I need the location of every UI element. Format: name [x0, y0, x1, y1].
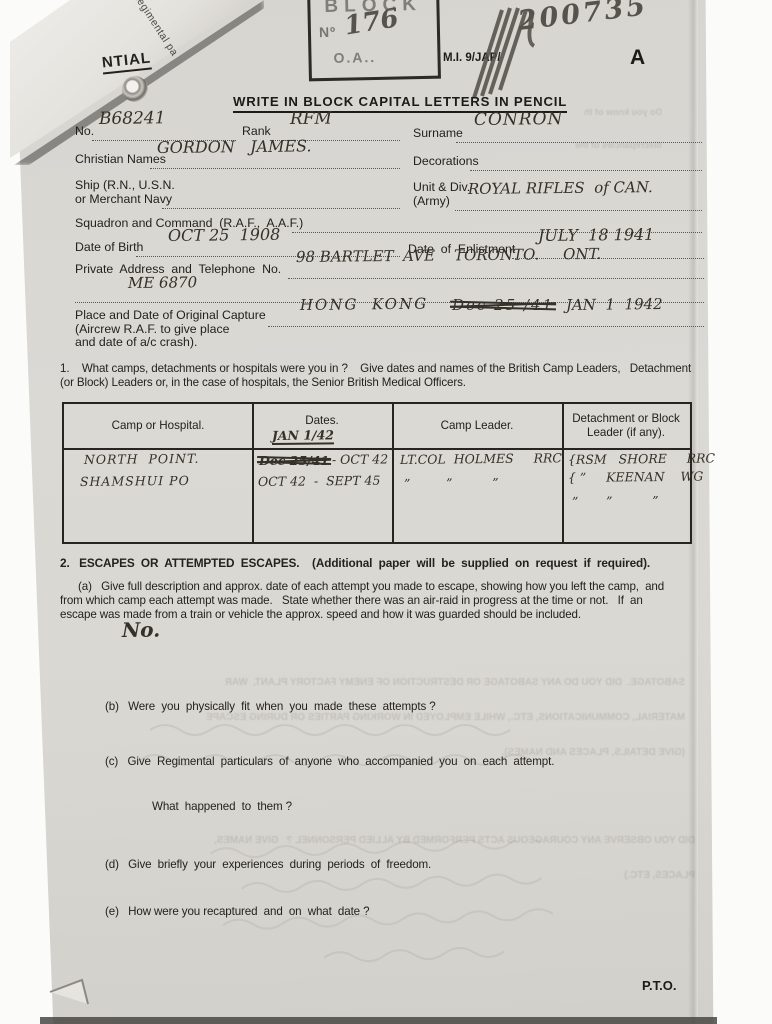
unit-line	[455, 196, 702, 211]
q2c-label: (c) Give Regimental particulars of anyon…	[105, 755, 554, 768]
camp-row-2: SHAMSHUI PO	[80, 473, 190, 489]
camps-table: Camp or Hospital. Dates. JAN 1/42 Camp L…	[62, 402, 692, 544]
capture-note-2: and date of a/c crash).	[75, 335, 197, 349]
unit-label-1: Unit & Div.	[413, 180, 470, 194]
surname-value: CONRON	[474, 109, 564, 130]
leader-row-1: LT.COL HOLMES RRC	[400, 450, 562, 467]
detachment-row-2: { ” KEENAN WG	[568, 469, 704, 485]
table-header-detachment-2: Leader (if any).	[562, 426, 690, 439]
table-header-detachment-1: Detachment or Block	[562, 412, 690, 425]
pto-footer: P.T.O.	[642, 978, 676, 993]
no-label: No.	[75, 124, 94, 138]
page-bottom-edge	[40, 1017, 717, 1024]
scanned-document: Regimental pa NTIAL BLOCK Nº 176 O.A.. M…	[0, 0, 772, 1024]
q1-line1: 1. What camps, detachments or hospitals …	[60, 362, 691, 375]
christian-names-label: Christian Names	[75, 152, 166, 166]
unit-value: ROYAL RIFLES of CAN.	[468, 178, 653, 198]
dob-label: Date of Birth	[75, 240, 143, 254]
ship-label-2: or Merchant Navy	[75, 192, 172, 206]
q2a-line2: from which camp each attempt was made. S…	[60, 594, 643, 607]
q2b-label: (b) Were you physically fit when you mad…	[105, 700, 436, 713]
camp-row-1: NORTH POINT.	[84, 451, 200, 467]
dates-header-note: JAN 1/42	[272, 427, 334, 445]
detachment-row-3-ditto: ” ” ”	[572, 493, 659, 509]
capture-label: Place and Date of Original Capture	[75, 308, 266, 322]
capture-date-struck: Dec 25 /41	[452, 296, 554, 314]
no-value: B68241	[99, 108, 166, 129]
christian-names-value: GORDON JAMES.	[157, 136, 312, 157]
address-line	[288, 264, 704, 279]
q2a-line1: (a) Give full description and approx. da…	[78, 580, 664, 593]
dates-row-1: - OCT 42	[332, 451, 388, 467]
surname-label: Surname	[413, 126, 463, 140]
dates-row-1-struck: Dec 25/41	[259, 453, 329, 468]
capture-place: HONG KONG	[300, 295, 428, 314]
table-header-dates: Dates.	[252, 414, 392, 427]
decorations-line	[470, 156, 702, 171]
surname-field-line	[456, 128, 702, 143]
enlistment-value: JULY 18 1941	[538, 225, 655, 245]
dob-value: OCT 25 1908	[168, 225, 281, 245]
rank-value: RFM	[290, 109, 332, 129]
dates-row-2: OCT 42 - SEPT 45	[258, 473, 381, 489]
q2-heading: 2. ESCAPES OR ATTEMPTED ESCAPES. (Additi…	[60, 556, 650, 570]
ship-label-1: Ship (R.N., U.S.N.	[75, 178, 175, 192]
telephone-value: ME 6870	[128, 273, 197, 292]
ship-line	[162, 194, 400, 209]
oa-stamp: O.A..	[333, 49, 376, 66]
table-header-camp: Camp or Hospital.	[64, 419, 252, 432]
leader-row-2-ditto: ” ” ”	[404, 475, 499, 491]
capture-date: JAN 1 1942	[566, 295, 663, 314]
q1-line2: (or Block) Leaders or, in the case of ho…	[60, 376, 466, 389]
fastener-grommet-icon	[122, 76, 148, 102]
detachment-row-1: {RSM SHORE RRC	[568, 450, 715, 467]
capture-line	[268, 312, 704, 327]
unit-label-2: (Army)	[413, 194, 450, 208]
decorations-label: Decorations	[413, 154, 479, 168]
bleedthrough-scribbles-lower	[200, 840, 720, 990]
address-value: 98 BARTLET AVE TORONTO. ONT.	[296, 245, 601, 266]
table-header-rule	[64, 448, 690, 450]
q2a-answer: No.	[122, 618, 160, 642]
table-header-leader: Camp Leader.	[392, 419, 562, 432]
capture-note-1: (Aircrew R.A.F. to give place	[75, 322, 229, 336]
block-stamp-box: BLOCK Nº 176 O.A..	[307, 0, 441, 81]
bottom-fold-mark	[48, 952, 108, 1012]
block-stamp-no-label: Nº	[319, 24, 337, 40]
corner-letter-a: A	[630, 46, 645, 70]
